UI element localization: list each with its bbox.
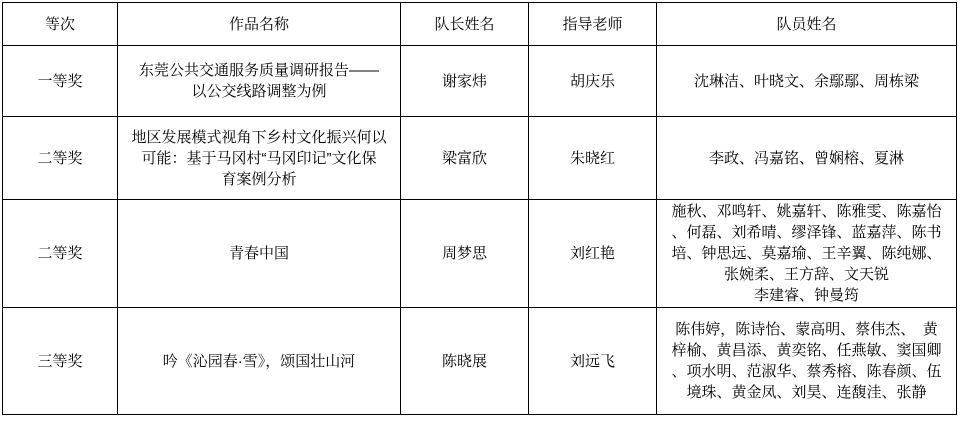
captain-cell: 周梦思 [401, 200, 529, 308]
members-cell: 沈琳洁、叶晓文、余鄢鄢、周栋梁 [657, 46, 957, 117]
col-header-members: 队员姓名 [657, 3, 957, 46]
col-header-title: 作品名称 [118, 3, 401, 46]
work-title-cell: 地区发展模式视角下乡村文化振兴何以 可能：基于马冈村“马冈印记”文化保 育案例分… [118, 117, 401, 200]
work-title-cell: 东莞公共交通服务质量调研报告—— 以公交线路调整为例 [118, 46, 401, 117]
header-row: 等次 作品名称 队长姓名 指导老师 队员姓名 [3, 3, 957, 46]
members-cell: 陈伟婷，陈诗怡、蒙高明、蔡伟杰、 黄 梓榆、黄昌添、黄奕铭、任燕敏、窦国卿 、项… [657, 308, 957, 415]
captain-cell: 梁富欣 [401, 117, 529, 200]
table-row: 二等奖 地区发展模式视角下乡村文化振兴何以 可能：基于马冈村“马冈印记”文化保 … [3, 117, 957, 200]
captain-cell: 陈晓展 [401, 308, 529, 415]
teacher-cell: 刘远飞 [529, 308, 657, 415]
teacher-cell: 胡庆乐 [529, 46, 657, 117]
work-title-cell: 青春中国 [118, 200, 401, 308]
table-row: 一等奖 东莞公共交通服务质量调研报告—— 以公交线路调整为例 谢家炜 胡庆乐 沈… [3, 46, 957, 117]
col-header-captain: 队长姓名 [401, 3, 529, 46]
table-row: 二等奖 青春中国 周梦思 刘红艳 施秋、邓鸣轩、姚嘉轩、陈雅雯、陈嘉怡 、何磊、… [3, 200, 957, 308]
award-cell: 二等奖 [3, 117, 118, 200]
teacher-cell: 刘红艳 [529, 200, 657, 308]
col-header-award: 等次 [3, 3, 118, 46]
captain-cell: 谢家炜 [401, 46, 529, 117]
table-row: 三等奖 吟《沁园春·雪》，颂国壮山河 陈晓展 刘远飞 陈伟婷，陈诗怡、蒙高明、蔡… [3, 308, 957, 415]
award-cell: 一等奖 [3, 46, 118, 117]
members-cell: 李政、冯嘉铭、曾娴榕、夏淋 [657, 117, 957, 200]
work-title-cell: 吟《沁园春·雪》，颂国壮山河 [118, 308, 401, 415]
awards-table: 等次 作品名称 队长姓名 指导老师 队员姓名 一等奖 东莞公共交通服务质量调研报… [2, 2, 957, 415]
teacher-cell: 朱晓红 [529, 117, 657, 200]
members-cell: 施秋、邓鸣轩、姚嘉轩、陈雅雯、陈嘉怡 、何磊、刘希晴、缪泽锋、蓝嘉萍、陈书 培、… [657, 200, 957, 308]
award-cell: 二等奖 [3, 200, 118, 308]
col-header-teacher: 指导老师 [529, 3, 657, 46]
award-cell: 三等奖 [3, 308, 118, 415]
